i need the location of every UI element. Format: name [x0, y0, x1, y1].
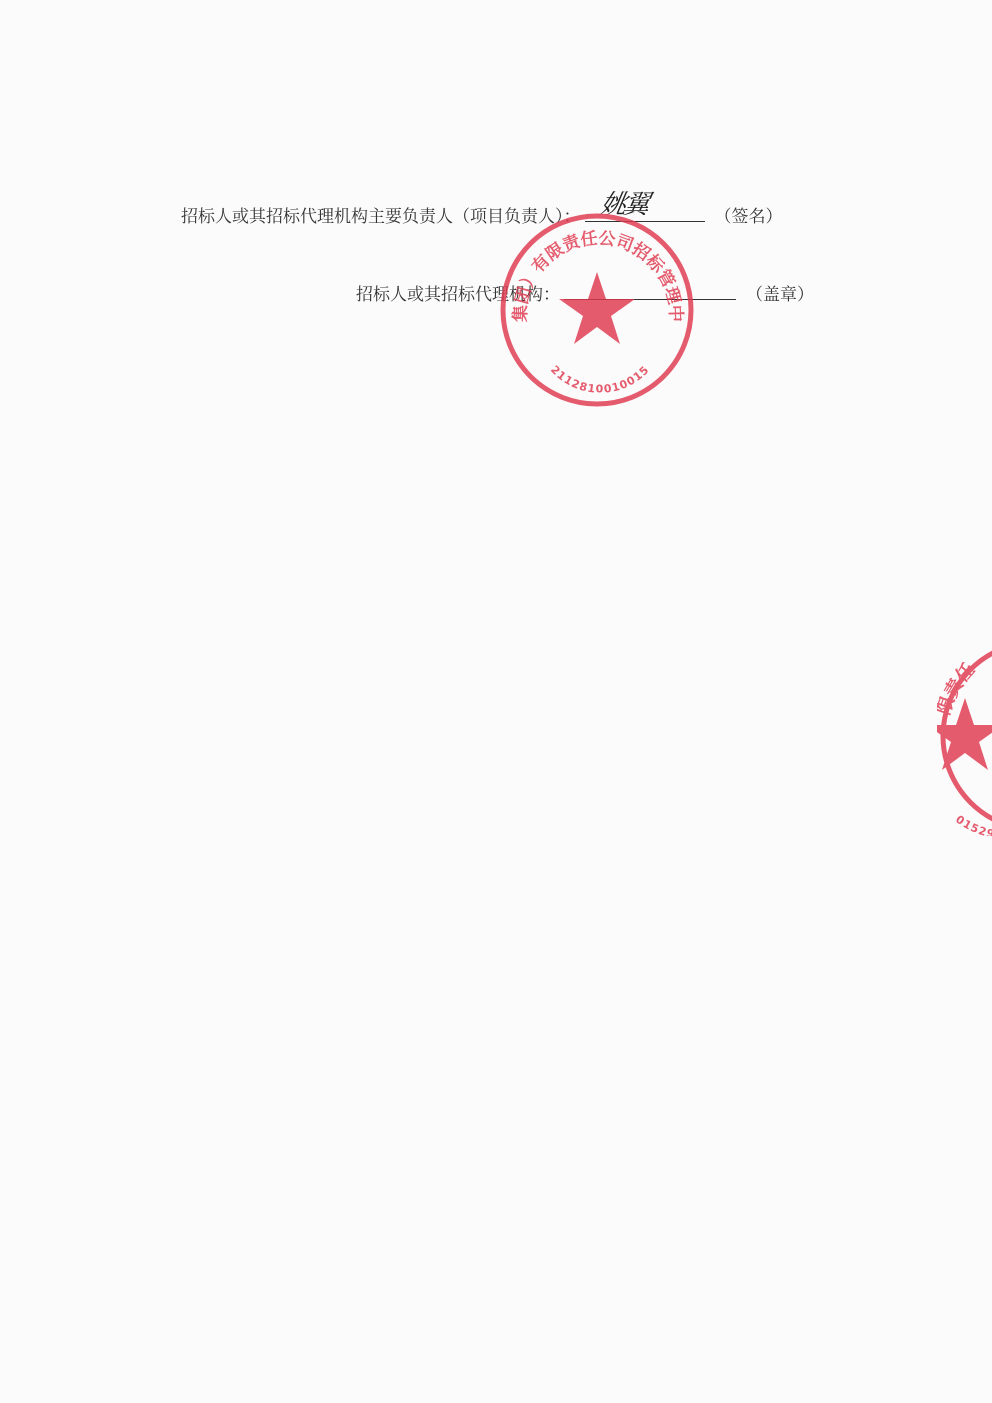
partial-seal-text: 限责任	[937, 658, 979, 717]
stamp-line: 招标人或其招标代理机构： （盖章）	[356, 280, 814, 305]
partial-seal-code: 01529	[953, 813, 992, 836]
svg-text:01529: 01529	[953, 813, 992, 836]
partial-seal: 限责任 01529	[937, 636, 992, 836]
stamp-suffix: （盖章）	[746, 280, 814, 305]
organization-label: 招标人或其招标代理机构：	[356, 280, 560, 305]
signatory-label: 招标人或其招标代理机构主要负责人（项目负责人）：	[181, 202, 581, 227]
svg-text:2112810010015: 2112810010015	[548, 363, 652, 396]
signature-suffix: （签名）	[715, 202, 783, 227]
signature-field[interactable]: 姚翼	[585, 203, 705, 222]
handwritten-signature: 姚翼	[597, 184, 650, 221]
svg-text:限责任: 限责任	[937, 658, 979, 717]
seal-code: 2112810010015	[548, 363, 652, 396]
partial-seal-star-icon	[937, 698, 992, 770]
signature-line: 招标人或其招标代理机构主要负责人（项目负责人）： 姚翼 （签名）	[181, 202, 783, 227]
official-seal: （集团）有限责任公司招标管理中心 2112810010015	[497, 210, 697, 410]
stamp-field[interactable]	[564, 281, 736, 300]
